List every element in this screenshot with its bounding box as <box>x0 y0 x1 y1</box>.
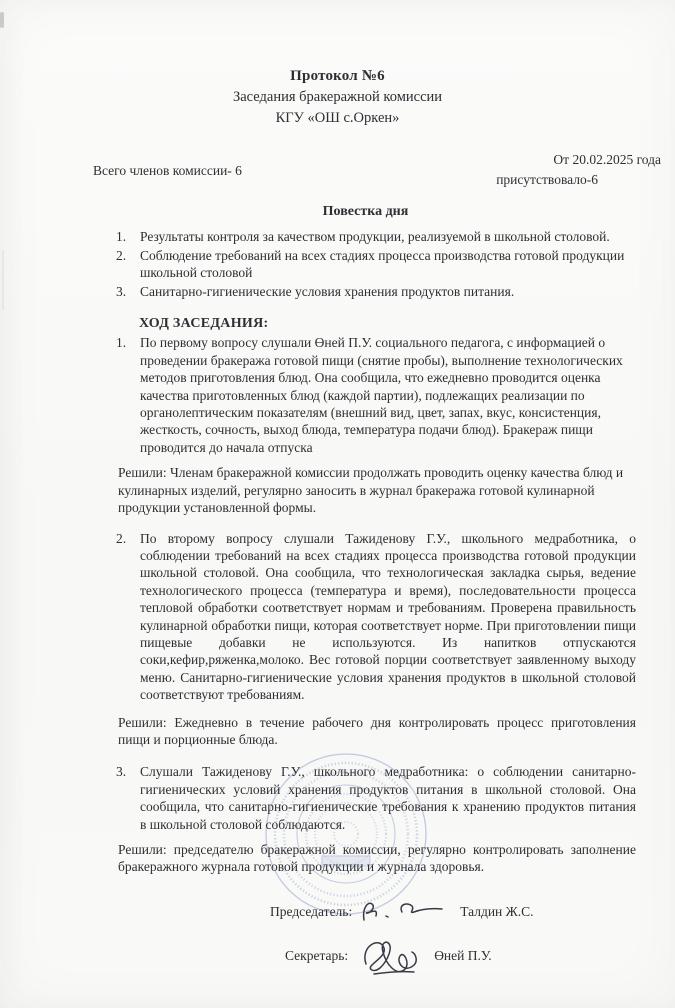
chairman-signature <box>358 898 454 926</box>
resolution-text: Решили: Ежедневно в течение рабочего дня… <box>118 714 636 749</box>
agenda-item-text: Соблюдение требований на всех стадиях пр… <box>140 247 636 282</box>
scanned-document-page: Протокол №6 Заседания бракеражной комисс… <box>0 0 675 1008</box>
document-header: Протокол №6 Заседания бракеражной комисс… <box>0 66 675 129</box>
document-body: Повестка дня 1. Результаты контроля за к… <box>95 203 636 978</box>
proceedings-item-text: Слушали Тажиденову Г.У., школьного медра… <box>140 763 636 833</box>
proceedings-item: 3. Слушали Тажиденову Г.У., школьного ме… <box>95 763 636 833</box>
proceedings-item-number: 3. <box>116 763 140 833</box>
document-title: Протокол №6 <box>0 66 675 87</box>
proceedings-heading: ХОД ЗАСЕДАНИЯ: <box>139 315 636 332</box>
chairman-signature-row: Председатель: Талдин Ж.С. <box>270 896 636 928</box>
proceedings-item: 1. По первому вопросу слушали Өней П.У. … <box>95 334 636 456</box>
proceedings-item-number: 1. <box>116 334 140 456</box>
scan-artifact <box>0 12 4 28</box>
members-total: Всего членов комиссии- 6 <box>93 163 242 179</box>
agenda-item: 3. Санитарно-гигиенические условия хране… <box>95 283 636 300</box>
document-date: От 20.02.2025 года <box>553 152 661 168</box>
secretary-signature-row: Секретарь: Өней П.У. <box>285 934 636 978</box>
agenda-item-number: 2. <box>116 247 140 282</box>
proceedings-item-number: 2. <box>116 530 140 704</box>
proceedings-item-text: По первому вопросу слушали Өней П.У. соц… <box>140 334 636 456</box>
agenda-item: 1. Результаты контроля за качеством прод… <box>95 228 636 245</box>
resolution-text: Решили: Членам бракеражной комиссии прод… <box>118 464 636 516</box>
scan-artifact <box>2 250 4 310</box>
organization-name: КГУ «ОШ с.Оркен» <box>0 108 675 129</box>
resolution-text: Решили: председателю бракеражной комисси… <box>118 841 636 876</box>
chairman-name: Талдин Ж.С. <box>460 903 533 920</box>
agenda-item: 2. Соблюдение требований на всех стадиях… <box>95 247 636 282</box>
secretary-label: Секретарь: <box>285 947 348 964</box>
agenda-item-number: 1. <box>116 228 140 245</box>
document-subtitle: Заседания бракеражной комиссии <box>0 87 675 108</box>
agenda-heading: Повестка дня <box>95 203 636 220</box>
chairman-label: Председатель: <box>270 903 352 920</box>
agenda-item-text: Санитарно-гигиенические условия хранения… <box>140 283 636 300</box>
agenda-item-text: Результаты контроля за качеством продукц… <box>140 228 636 245</box>
proceedings-item: 2. По второму вопросу слушали Тажиденову… <box>95 530 636 704</box>
agenda-item-number: 3. <box>116 283 140 300</box>
secretary-signature <box>354 934 428 978</box>
secretary-name: Өней П.У. <box>434 947 491 964</box>
members-present: присутствовало-6 <box>496 172 598 188</box>
proceedings-item-text: По второму вопросу слушали Тажиденову Г.… <box>140 530 636 704</box>
